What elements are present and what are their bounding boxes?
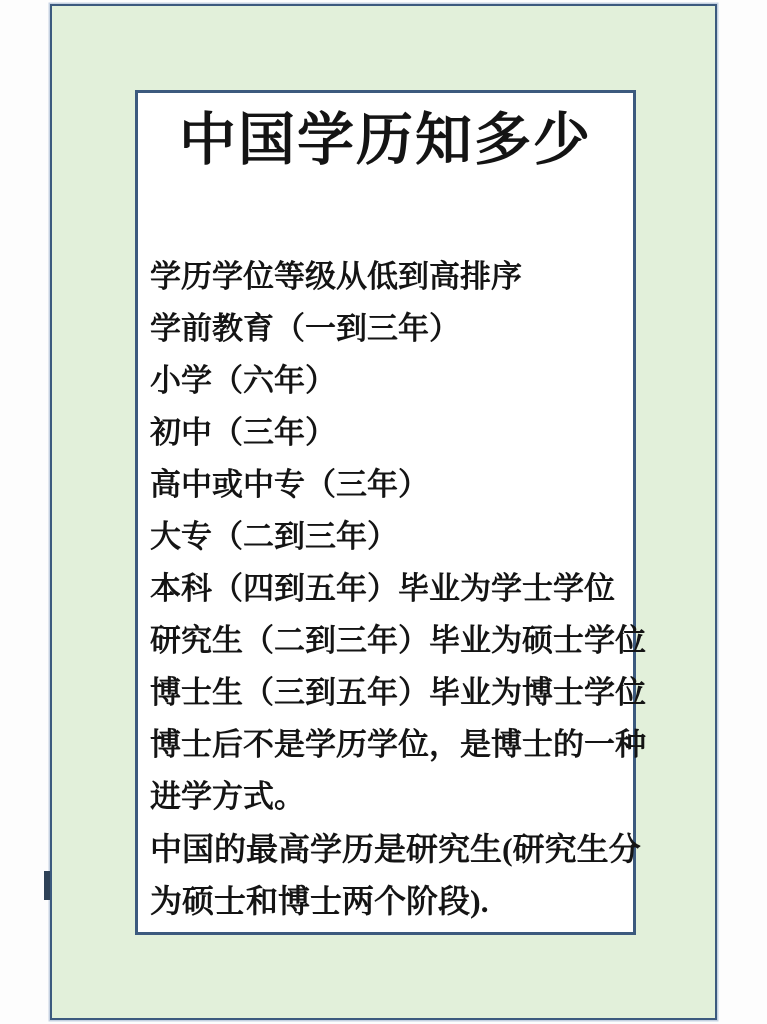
text-line-college: 大专（二到三年） bbox=[150, 511, 621, 563]
text-line-sort-order: 学历学位等级从低到高排序 bbox=[150, 251, 621, 303]
poster-background: 中国学历知多少 学历学位等级从低到高排序 学前教育（一到三年） 小学（六年） 初… bbox=[50, 4, 717, 1020]
left-edge-stray-mark bbox=[44, 871, 50, 900]
text-line-primary: 小学（六年） bbox=[150, 355, 621, 407]
text-line-senior-high: 高中或中专（三年） bbox=[150, 459, 621, 511]
text-line-master: 研究生（二到三年）毕业为硕士学位 bbox=[150, 615, 621, 667]
text-line-bachelor: 本科（四到五年）毕业为学士学位 bbox=[150, 563, 621, 615]
text-line-preschool: 学前教育（一到三年） bbox=[150, 303, 621, 355]
text-line-doctor: 博士生（三到五年）毕业为博士学位 bbox=[150, 667, 621, 719]
text-line-postdoc-2: 进学方式。 bbox=[150, 771, 621, 823]
text-line-junior-high: 初中（三年） bbox=[150, 407, 621, 459]
education-levels-list: 学历学位等级从低到高排序 学前教育（一到三年） 小学（六年） 初中（三年） 高中… bbox=[150, 251, 621, 927]
content-card: 中国学历知多少 学历学位等级从低到高排序 学前教育（一到三年） 小学（六年） 初… bbox=[135, 90, 636, 935]
page-canvas: 中国学历知多少 学历学位等级从低到高排序 学前教育（一到三年） 小学（六年） 初… bbox=[0, 0, 767, 1024]
text-line-highest-degree-2: 为硕士和博士两个阶段). bbox=[150, 875, 621, 927]
text-line-highest-degree-1: 中国的最高学历是研究生(研究生分 bbox=[150, 823, 621, 875]
text-line-postdoc-1: 博士后不是学历学位，是博士的一种 bbox=[150, 719, 621, 771]
page-title: 中国学历知多少 bbox=[150, 101, 621, 181]
